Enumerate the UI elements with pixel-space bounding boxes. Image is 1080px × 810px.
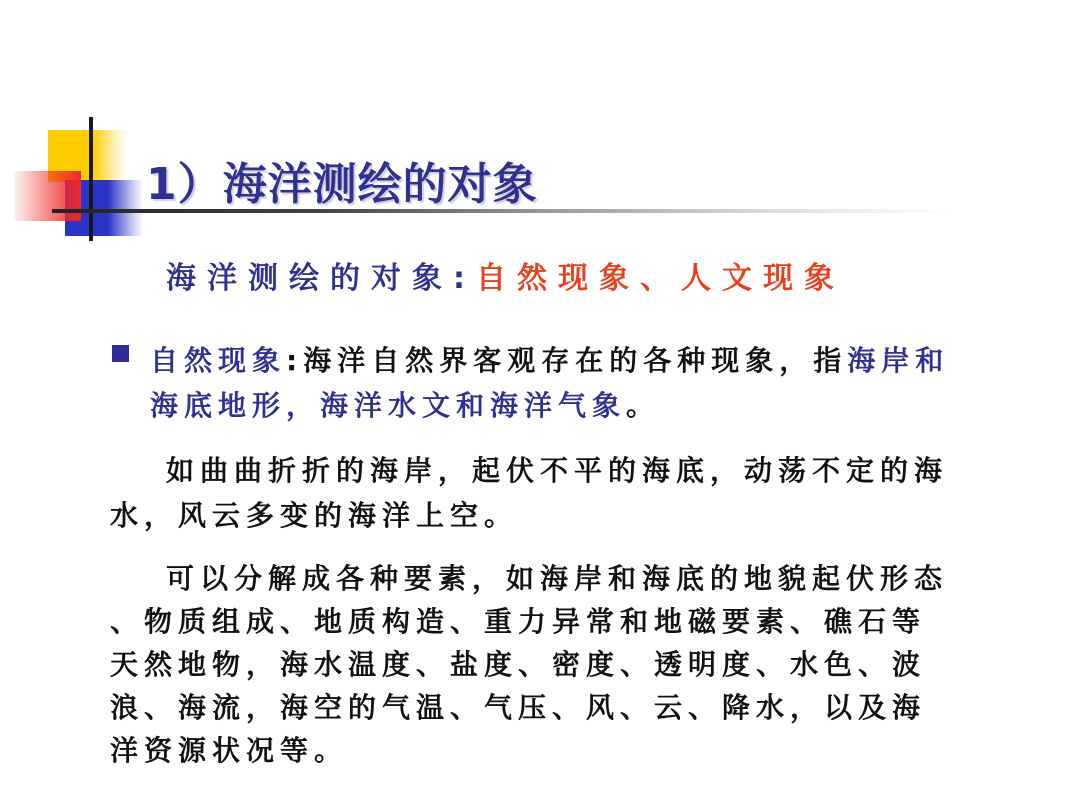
definition-text: :海洋自然界客观存在的各种现象，指	[286, 344, 847, 377]
para2-line-1: 如曲曲折折的海岸，起伏不平的海底，动荡不定的海	[166, 449, 948, 489]
para3-line-5: 洋资源状况等。	[110, 729, 348, 769]
para3-line-3: 天然地物，海水温度、盐度、密度、透明度、水色、波	[110, 643, 926, 683]
decor-red-square	[14, 171, 81, 221]
para3-line-4: 浪、海流，海空的气温、气压、风、云、降水，以及海	[110, 686, 926, 726]
para3-line-2: 、物质组成、地质构造、重力异常和地磁要素、礁石等	[110, 600, 926, 640]
term-natural-phenomena: 自然现象	[150, 344, 286, 377]
bullet-line-2: 海底地形，海洋水文和海洋气象。	[150, 384, 660, 424]
decor-vertical-line	[89, 117, 93, 241]
subtitle-highlight: 自然现象、人文现象	[476, 261, 845, 296]
subtitle-prefix: 海洋测绘的对象:	[166, 261, 476, 296]
para3-line-1: 可以分解成各种要素，如海岸和海底的地貌起伏形态	[166, 557, 948, 597]
slide-title: 1）海洋测绘的对象	[146, 148, 538, 212]
period: 。	[626, 389, 660, 422]
bullet-square-icon	[112, 345, 129, 362]
highlight-coast: 海岸和	[847, 344, 949, 377]
subtitle: 海洋测绘的对象:自然现象、人文现象	[166, 253, 845, 297]
para2-line-2: 水，风云多变的海洋上空。	[110, 494, 518, 534]
bullet-line-1: 自然现象:海洋自然界客观存在的各种现象，指海岸和	[150, 339, 949, 379]
highlight-categories: 海底地形，海洋水文和海洋气象	[150, 389, 626, 422]
